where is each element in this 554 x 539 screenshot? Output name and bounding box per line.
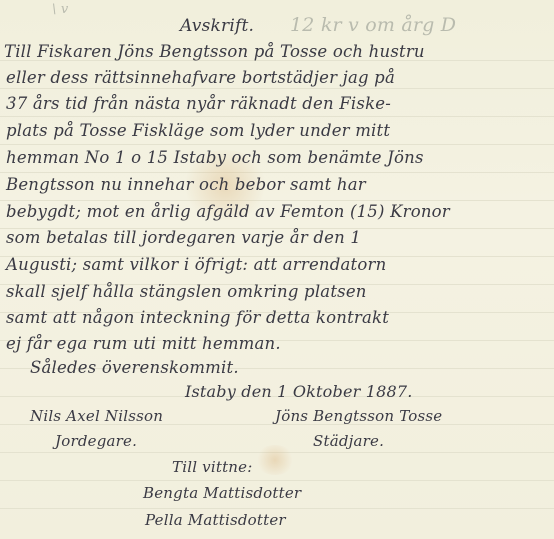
margin-note: \ v [52,2,68,17]
signature-left-role: Jordegare. [55,432,137,450]
text-line-4: plats på Tosse Fiskläge som lyder under … [6,121,390,140]
ruled-line [0,144,554,145]
text-line-9: Augusti; samt vilkor i öfrigt: att arren… [6,255,386,274]
ruled-line [0,88,554,89]
signature-right-name: Jöns Bengtsson Tosse [275,407,442,425]
text-line-12: ej får ega rum uti mitt hemman. [6,334,281,353]
pencil-annotation: 12 kr v om årg D [290,14,456,36]
signature-right-role: Städjare. [313,432,384,450]
text-line-6: Bengtsson nu innehar och bebor samt har [6,175,366,194]
text-line-8: som betalas till jordegaren varje år den… [6,228,361,247]
text-line-3: 37 års tid från nästa nyår räknadt den F… [6,94,391,113]
witness-1: Bengta Mattisdotter [143,484,301,502]
text-line-13: Således överenskommit. [30,358,239,377]
ruled-line [0,116,554,117]
paper-stain [255,445,295,475]
ruled-line [0,172,554,173]
ruled-line [0,508,554,509]
text-line-2: eller dess rättsinnehafvare bortstädjer … [6,68,395,87]
ruled-line [0,200,554,201]
text-line-10: skall sjelf hålla stängslen omkring plat… [6,282,367,301]
text-line-7: bebygdt; mot en årlig afgäld av Femton (… [6,202,450,221]
text-line-5: hemman No 1 o 15 Istaby och som benämte … [6,148,424,167]
text-line-11: samt att någon inteckning för detta kont… [6,308,389,327]
witness-label: Till vittne: [172,458,252,476]
signature-left-name: Nils Axel Nilsson [30,407,163,425]
ruled-line [0,480,554,481]
witness-2: Pella Mattisdotter [145,511,286,529]
place-date: Istaby den 1 Oktober 1887. [185,382,413,401]
document-title: Avskrift. [180,16,254,36]
text-line-1: Till Fiskaren Jöns Bengtsson på Tosse oc… [4,42,425,61]
